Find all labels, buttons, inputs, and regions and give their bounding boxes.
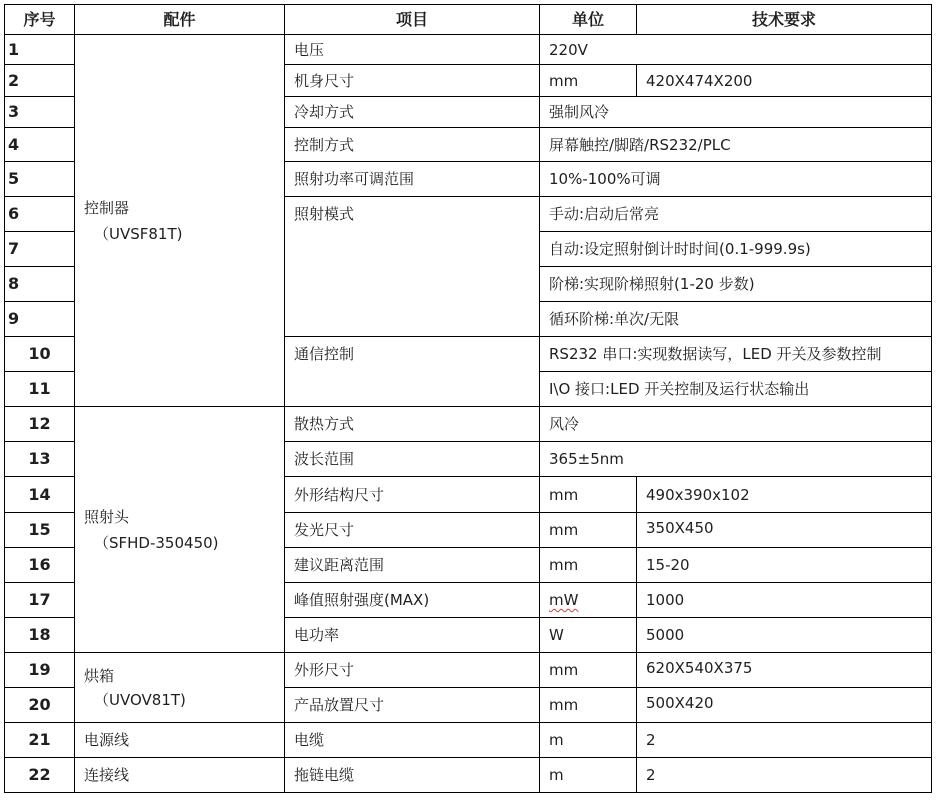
part-name: 电源线 (84, 731, 284, 749)
part-oven: 烘箱 （UVOV81T) (74, 652, 285, 723)
value-cell: 2 (636, 757, 932, 793)
part-name: 照射头 (84, 508, 284, 526)
header-part: 配件 (74, 4, 285, 35)
row-number: 3 (4, 96, 75, 128)
item-cell: 外形结构尺寸 (284, 476, 540, 513)
value-cell-span: 循环阶梯:单次/无限 (539, 301, 932, 337)
item-cell: 建议距离范围 (284, 547, 540, 583)
unit-cell: mm (539, 64, 637, 97)
item-cell: 散热方式 (284, 406, 540, 442)
row-number: 5 (4, 161, 75, 197)
value-cell: 500X420 (636, 687, 932, 723)
part-connection-cable: 连接线 (74, 757, 285, 793)
part-model: （UVSF81T) (84, 225, 284, 243)
header-index: 序号 (4, 4, 75, 35)
part-power-cable: 电源线 (74, 722, 285, 758)
row-number: 21 (4, 722, 75, 758)
row-number: 16 (4, 547, 75, 583)
header-unit: 单位 (539, 4, 637, 35)
row-number: 13 (4, 441, 75, 477)
item-cell-merged: 照射模式 (284, 196, 540, 337)
row-number: 8 (4, 266, 75, 302)
item-cell: 峰值照射强度(MAX) (284, 582, 540, 618)
value-cell-span: 220V (539, 34, 932, 65)
item-cell: 电功率 (284, 617, 540, 653)
item-cell: 产品放置尺寸 (284, 687, 540, 723)
header-item: 项目 (284, 4, 540, 35)
unit-cell: mm (539, 547, 637, 583)
value-cell-span: RS232 串口:实现数据读写，LED 开关及参数控制 (539, 336, 932, 372)
value-cell-span: 阶梯:实现阶梯照射(1-20 步数) (539, 266, 932, 302)
row-number: 4 (4, 127, 75, 162)
part-name: 连接线 (84, 766, 284, 784)
part-model: （SFHD-350450) (84, 534, 284, 552)
row-number: 12 (4, 406, 75, 442)
row-number: 17 (4, 582, 75, 618)
value-cell: 15-20 (636, 547, 932, 583)
value-cell-span: 10%-100%可调 (539, 161, 932, 197)
value-cell: 2 (636, 722, 932, 758)
unit-cell: mm (539, 652, 637, 688)
row-number: 22 (4, 757, 75, 793)
row-number: 19 (4, 652, 75, 688)
row-number: 6 (4, 196, 75, 232)
unit-cell: W (539, 617, 637, 653)
spec-table: 序号 配件 项目 单位 技术要求 1 2 3 4 5 6 7 8 9 10 11… (0, 0, 937, 801)
part-name: 控制器 (84, 199, 284, 217)
row-number: 11 (4, 371, 75, 407)
value-cell: 350X450 (636, 512, 932, 548)
row-number: 1 (4, 34, 75, 65)
row-number: 2 (4, 64, 75, 97)
item-cell: 控制方式 (284, 127, 540, 162)
unit-text-spellcheck: mW (549, 591, 578, 609)
item-cell-merged: 通信控制 (284, 336, 540, 407)
item-cell: 发光尺寸 (284, 512, 540, 548)
value-cell: 490x390x102 (636, 476, 932, 513)
part-irradiation-head: 照射头 （SFHD-350450) (74, 406, 285, 653)
item-cell: 外形尺寸 (284, 652, 540, 688)
unit-cell: mm (539, 687, 637, 723)
unit-cell: m (539, 757, 637, 793)
item-cell: 波长范围 (284, 441, 540, 477)
value-cell: 620X540X375 (636, 652, 932, 688)
value-cell-span: 风冷 (539, 406, 932, 442)
value-cell: 420X474X200 (636, 64, 932, 97)
value-cell-span: 屏幕触控/脚踏/RS232/PLC (539, 127, 932, 162)
row-number: 7 (4, 231, 75, 267)
unit-cell: mW (539, 582, 637, 618)
part-model: （UVOV81T) (84, 691, 284, 709)
item-cell: 冷却方式 (284, 96, 540, 128)
value-cell: 1000 (636, 582, 932, 618)
unit-cell: mm (539, 476, 637, 513)
value-cell-span: I\O 接口:LED 开关控制及运行状态输出 (539, 371, 932, 407)
item-cell: 电缆 (284, 722, 540, 758)
unit-cell: mm (539, 512, 637, 548)
unit-cell: m (539, 722, 637, 758)
part-name: 烘箱 (84, 667, 284, 685)
item-cell: 拖链电缆 (284, 757, 540, 793)
part-controller: 控制器 （UVSF81T) (74, 34, 285, 407)
row-number: 10 (4, 336, 75, 372)
row-number: 18 (4, 617, 75, 653)
row-number: 15 (4, 512, 75, 548)
row-number: 20 (4, 687, 75, 723)
header-requirement: 技术要求 (636, 4, 932, 35)
item-cell: 机身尺寸 (284, 64, 540, 97)
value-cell-span: 自动:设定照射倒计时时间(0.1-999.9s) (539, 231, 932, 267)
value-cell: 5000 (636, 617, 932, 653)
value-cell-span: 手动:启动后常亮 (539, 196, 932, 232)
row-number: 9 (4, 301, 75, 337)
item-cell: 电压 (284, 34, 540, 65)
item-cell: 照射功率可调范围 (284, 161, 540, 197)
value-cell-span: 365±5nm (539, 441, 932, 477)
row-number: 14 (4, 476, 75, 513)
value-cell-span: 强制风冷 (539, 96, 932, 128)
